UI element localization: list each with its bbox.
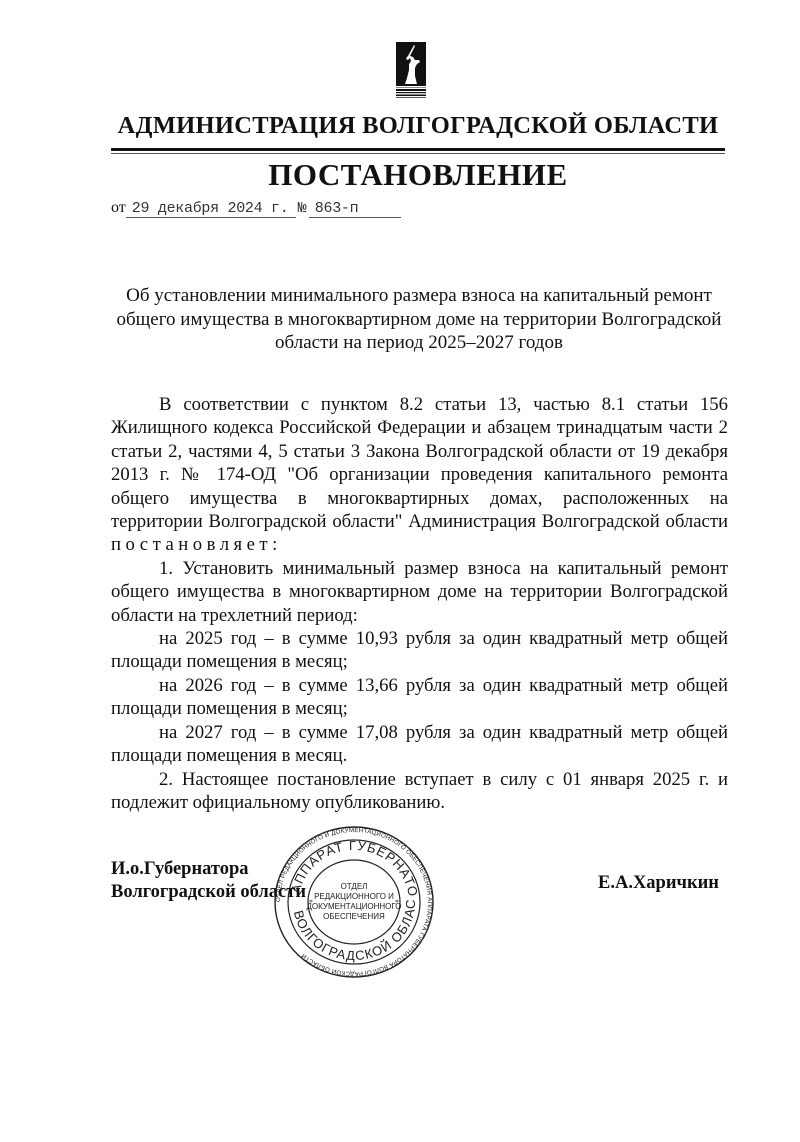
title-line: области на период 2025–2027 годов (111, 331, 727, 355)
document-number: 863-п (309, 200, 401, 218)
preamble-text: В соответствии с пунктом 8.2 статьи 13, … (111, 394, 728, 532)
stamp-center-line: ДОКУМЕНТАЦИОННОГО (307, 902, 402, 911)
document-date: 29 декабря 2024 г. (126, 200, 296, 218)
document-page: АДМИНИСТРАЦИЯ ВОЛГОГРАДСКОЙ ОБЛАСТИ ПОСТ… (0, 0, 800, 1142)
rate-2027-paragraph: на 2027 год – в сумме 17,08 рубля за оди… (111, 721, 728, 768)
coat-of-arms-icon (395, 42, 427, 100)
number-label: № (298, 200, 307, 217)
item-1-paragraph: 1. Установить минимальный размер взноса … (111, 557, 728, 627)
stamp-center-line: ОТДЕЛ (341, 882, 368, 891)
organization-name: АДМИНИСТРАЦИЯ ВОЛГОГРАДСКОЙ ОБЛАСТИ (111, 112, 725, 140)
document-type: ПОСТАНОВЛЕНИЕ (111, 157, 725, 193)
item-2-paragraph: 2. Настоящее постановление вступает в си… (111, 768, 728, 815)
signatory-name: Е.А.Харичкин (598, 873, 719, 894)
signatory-position: И.о.Губернатора Волгоградской области (111, 858, 306, 904)
stamp-center-line: ОБЕСПЕЧЕНИЯ (323, 912, 385, 921)
rate-2026-paragraph: на 2026 год – в сумме 13,66 рубля за оди… (111, 674, 728, 721)
header-divider (111, 148, 725, 156)
stamp-center-line: РЕДАКЦИОННОГО И (314, 892, 394, 901)
title-line: общего имущества в многоквартирном доме … (111, 308, 727, 332)
resolves-word: постановляет: (111, 534, 282, 555)
rate-2025-paragraph: на 2025 год – в сумме 10,93 рубля за оди… (111, 627, 728, 674)
position-line-2: Волгоградской области (111, 881, 306, 904)
document-body: В соответствии с пунктом 8.2 статьи 13, … (111, 393, 728, 814)
date-label: от (111, 199, 126, 217)
preamble-paragraph: В соответствии с пунктом 8.2 статьи 13, … (111, 393, 728, 557)
position-line-1: И.о.Губернатора (111, 858, 306, 881)
registration-line: от 29 декабря 2024 г. № 863-п (111, 199, 401, 218)
title-line: Об установлении минимального размера взн… (111, 284, 727, 308)
document-title: Об установлении минимального размера взн… (111, 284, 727, 355)
